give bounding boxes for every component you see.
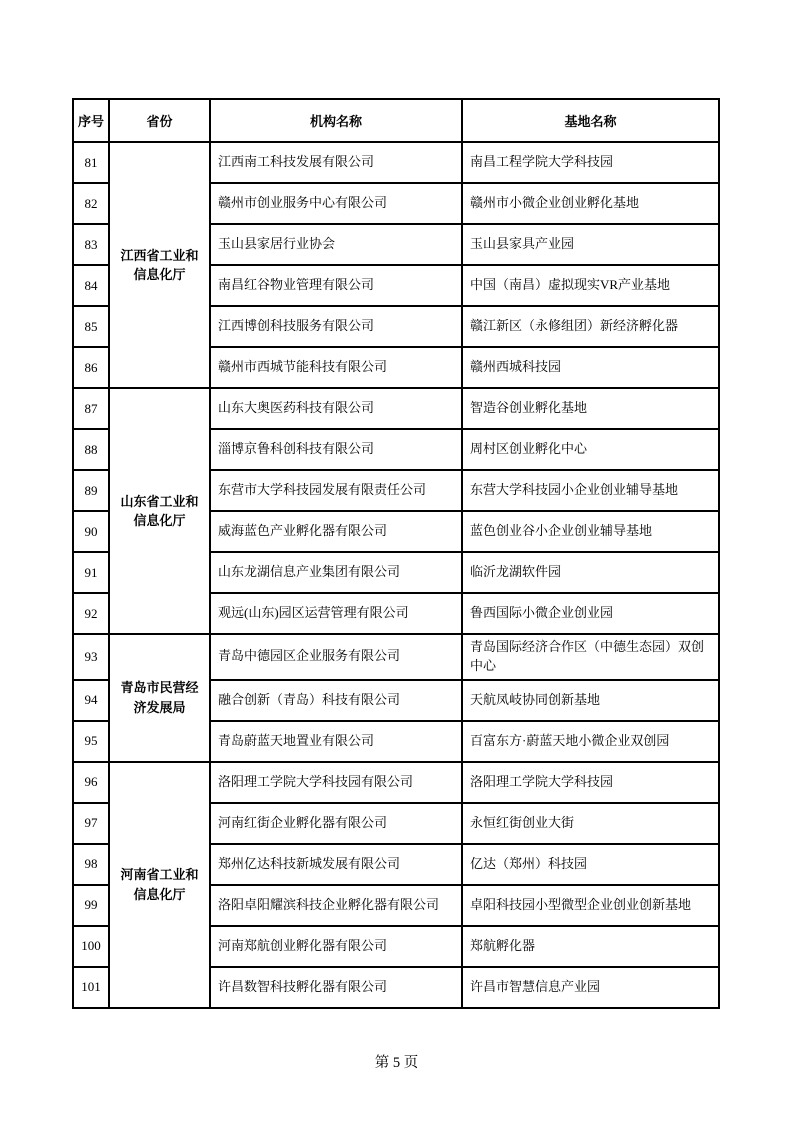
organization-name-cell: 观远(山东)园区运营管理有限公司 [210,593,462,634]
organization-name-cell: 江西南工科技发展有限公司 [210,142,462,183]
serial-number-cell: 83 [73,224,109,265]
serial-number-cell: 100 [73,926,109,967]
organization-name-cell: 河南郑航创业孵化器有限公司 [210,926,462,967]
base-name-cell: 中国（南昌）虚拟现实VR产业基地 [462,265,719,306]
table-row: 81江西省工业和信息化厅江西南工科技发展有限公司南昌工程学院大学科技园 [73,142,719,183]
organization-name-cell: 青岛中德园区企业服务有限公司 [210,634,462,680]
base-name-cell: 郑航孵化器 [462,926,719,967]
organization-name-cell: 东营市大学科技园发展有限责任公司 [210,470,462,511]
organization-name-cell: 淄博京鲁科创科技有限公司 [210,429,462,470]
organization-name-cell: 青岛蔚蓝天地置业有限公司 [210,721,462,762]
base-name-cell: 周村区创业孵化中心 [462,429,719,470]
serial-number-cell: 81 [73,142,109,183]
base-name-cell: 许昌市智慧信息产业园 [462,967,719,1008]
organization-name-cell: 洛阳卓阳耀滨科技企业孵化器有限公司 [210,885,462,926]
organization-name-cell: 洛阳理工学院大学科技园有限公司 [210,762,462,803]
organization-name-cell: 赣州市西城节能科技有限公司 [210,347,462,388]
serial-number-cell: 96 [73,762,109,803]
organization-name-cell: 郑州亿达科技新城发展有限公司 [210,844,462,885]
province-cell: 江西省工业和信息化厅 [109,142,210,388]
base-name-cell: 南昌工程学院大学科技园 [462,142,719,183]
serial-number-cell: 86 [73,347,109,388]
header-base-name: 基地名称 [462,99,719,142]
table-row: 93青岛市民营经济发展局青岛中德园区企业服务有限公司青岛国际经济合作区（中德生态… [73,634,719,680]
serial-number-cell: 82 [73,183,109,224]
organization-name-cell: 山东龙湖信息产业集团有限公司 [210,552,462,593]
page-number: 第 5 页 [0,1051,793,1072]
organization-name-cell: 山东大奥医药科技有限公司 [210,388,462,429]
serial-number-cell: 84 [73,265,109,306]
province-cell: 青岛市民营经济发展局 [109,634,210,762]
base-name-cell: 洛阳理工学院大学科技园 [462,762,719,803]
base-name-cell: 智造谷创业孵化基地 [462,388,719,429]
serial-number-cell: 89 [73,470,109,511]
base-name-cell: 赣州市小微企业创业孵化基地 [462,183,719,224]
serial-number-cell: 94 [73,680,109,721]
serial-number-cell: 97 [73,803,109,844]
organization-name-cell: 南昌红谷物业管理有限公司 [210,265,462,306]
serial-number-cell: 101 [73,967,109,1008]
base-name-cell: 卓阳科技园小型微型企业创业创新基地 [462,885,719,926]
base-name-cell: 天航凤岐协同创新基地 [462,680,719,721]
base-name-cell: 赣州西城科技园 [462,347,719,388]
serial-number-cell: 91 [73,552,109,593]
organization-name-cell: 融合创新（青岛）科技有限公司 [210,680,462,721]
organization-name-cell: 威海蓝色产业孵化器有限公司 [210,511,462,552]
serial-number-cell: 95 [73,721,109,762]
organization-name-cell: 赣州市创业服务中心有限公司 [210,183,462,224]
header-serial-number: 序号 [73,99,109,142]
serial-number-cell: 88 [73,429,109,470]
organization-name-cell: 河南红街企业孵化器有限公司 [210,803,462,844]
base-name-cell: 玉山县家具产业园 [462,224,719,265]
serial-number-cell: 98 [73,844,109,885]
serial-number-cell: 92 [73,593,109,634]
base-name-cell: 蓝色创业谷小企业创业辅导基地 [462,511,719,552]
base-name-cell: 百富东方·蔚蓝天地小微企业双创园 [462,721,719,762]
header-province: 省份 [109,99,210,142]
organization-name-cell: 江西博创科技服务有限公司 [210,306,462,347]
serial-number-cell: 99 [73,885,109,926]
base-name-cell: 鲁西国际小微企业创业园 [462,593,719,634]
incubator-base-table: 序号 省份 机构名称 基地名称 81江西省工业和信息化厅江西南工科技发展有限公司… [72,98,720,1009]
serial-number-cell: 93 [73,634,109,680]
base-name-cell: 临沂龙湖软件园 [462,552,719,593]
base-name-cell: 永恒红街创业大街 [462,803,719,844]
organization-name-cell: 玉山县家居行业协会 [210,224,462,265]
base-name-cell: 赣江新区（永修组团）新经济孵化器 [462,306,719,347]
province-cell: 山东省工业和信息化厅 [109,388,210,634]
organization-name-cell: 许昌数智科技孵化器有限公司 [210,967,462,1008]
base-name-cell: 亿达（郑州）科技园 [462,844,719,885]
serial-number-cell: 90 [73,511,109,552]
table-row: 87山东省工业和信息化厅山东大奥医药科技有限公司智造谷创业孵化基地 [73,388,719,429]
table-header-row: 序号 省份 机构名称 基地名称 [73,99,719,142]
document-page: 序号 省份 机构名称 基地名称 81江西省工业和信息化厅江西南工科技发展有限公司… [0,0,793,1123]
header-organization-name: 机构名称 [210,99,462,142]
base-name-cell: 东营大学科技园小企业创业辅导基地 [462,470,719,511]
province-cell: 河南省工业和信息化厅 [109,762,210,1008]
base-name-cell: 青岛国际经济合作区（中德生态园）双创中心 [462,634,719,680]
serial-number-cell: 87 [73,388,109,429]
table-row: 96河南省工业和信息化厅洛阳理工学院大学科技园有限公司洛阳理工学院大学科技园 [73,762,719,803]
serial-number-cell: 85 [73,306,109,347]
